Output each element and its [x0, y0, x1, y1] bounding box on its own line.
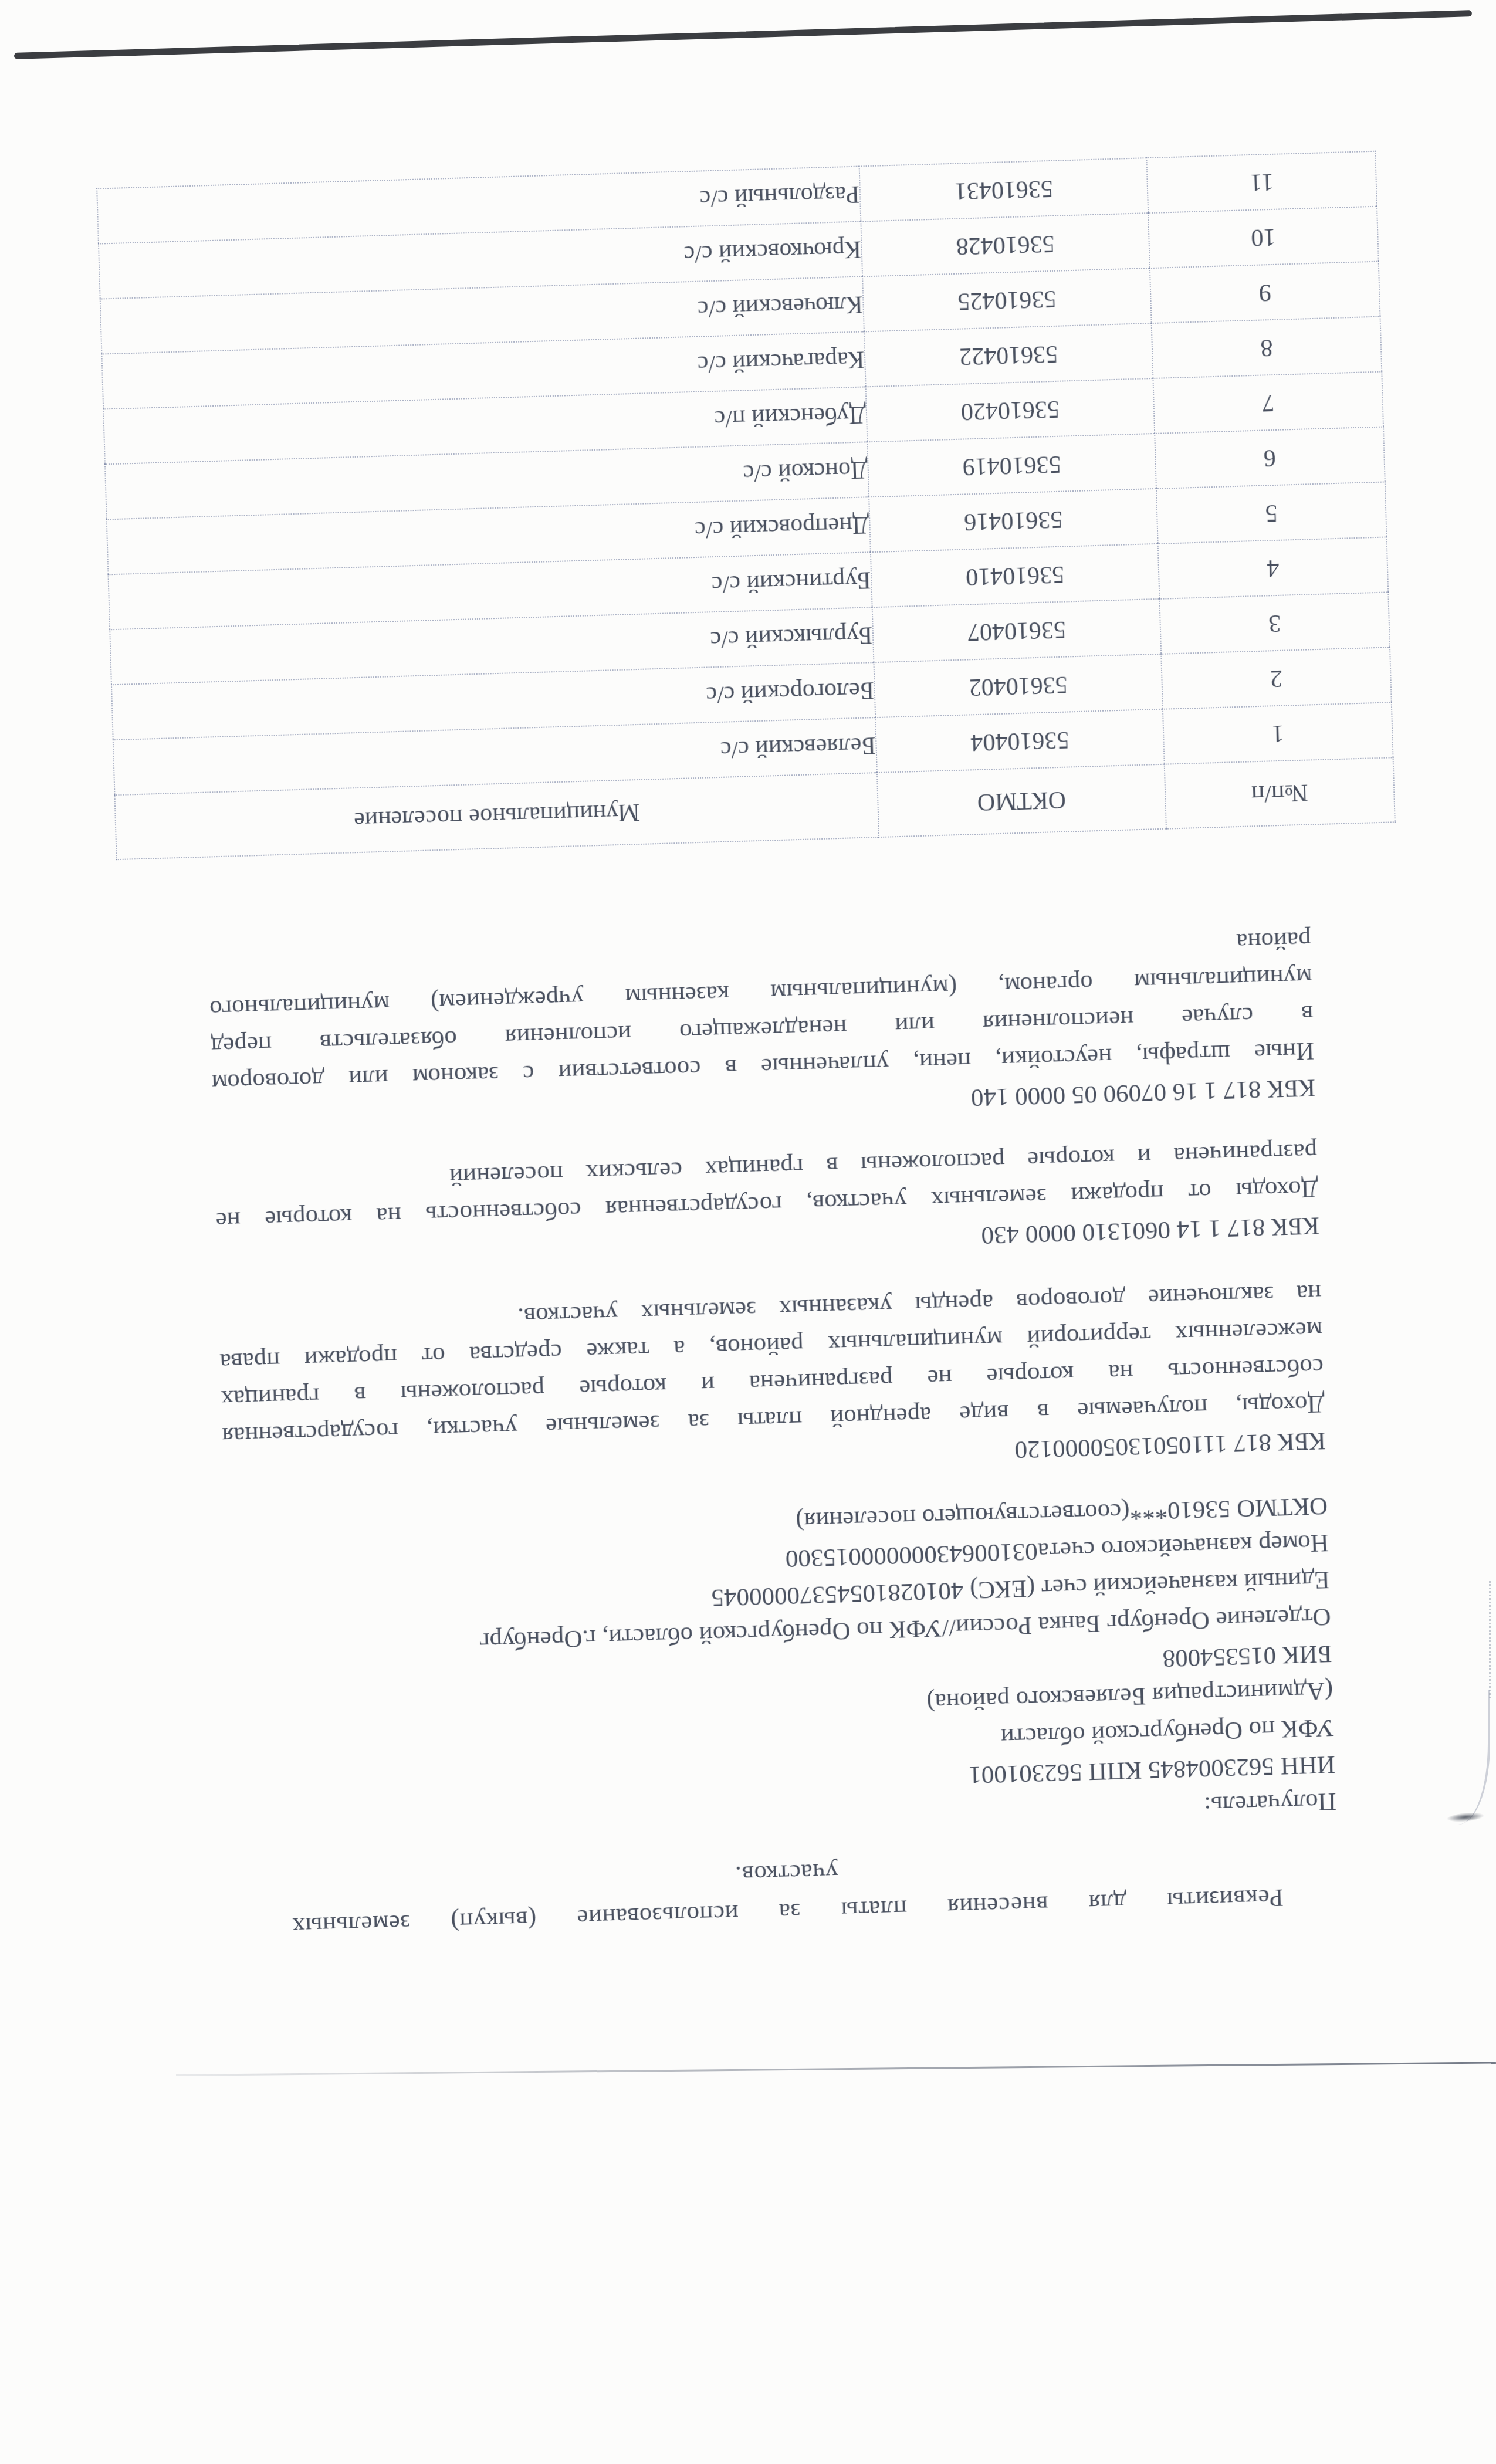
- cell-number: 7: [1153, 372, 1383, 434]
- cell-oktmo: 53610425: [862, 268, 1152, 331]
- paper-crease-artifact: [1487, 1581, 1491, 1698]
- doc-title: Реквизиты для внесения платы за использо…: [290, 1839, 1284, 1945]
- cell-number: 1: [1163, 702, 1393, 764]
- cell-oktmo: 53610422: [864, 323, 1153, 387]
- cell-number: 9: [1150, 262, 1380, 323]
- paper-crease-artifact: [1455, 1690, 1490, 1825]
- document-content: Реквизиты для внесения платы за использо…: [97, 158, 1427, 1955]
- cell-number: 10: [1148, 207, 1379, 268]
- cell-oktmo: 53610428: [861, 213, 1150, 276]
- ink-smudge-artifact: [1446, 1811, 1484, 1823]
- cell-number: 4: [1158, 537, 1389, 598]
- header-cell-number: №п/п: [1165, 757, 1395, 828]
- cell-oktmo: 53610407: [872, 599, 1162, 662]
- kbk-section-sale: КБК 817 1 14 0601310 0000 430 Доходы от …: [214, 1133, 1320, 1276]
- cell-oktmo: 53610404: [875, 709, 1165, 773]
- scanned-page: Реквизиты для внесения платы за использо…: [0, 0, 1496, 2464]
- cell-number: 2: [1161, 647, 1392, 709]
- scanner-edge-artifact: [14, 10, 1472, 59]
- recipient-block: Получатель: ИНН 5623004845 КПП 562301001…: [137, 1487, 1337, 1854]
- page-edge-artifact: [176, 2062, 1496, 2076]
- kbk-section-rent: КБК 817 11105013050000120 Доходы, получа…: [218, 1274, 1326, 1491]
- cell-oktmo: 53610410: [871, 544, 1160, 607]
- cell-oktmo: 53610402: [874, 654, 1163, 717]
- cell-number: 6: [1155, 427, 1385, 489]
- cell-number: 5: [1156, 482, 1387, 543]
- header-cell-oktmo: ОКТМО: [877, 764, 1166, 837]
- cell-oktmo: 53610419: [867, 434, 1156, 497]
- cell-number: 11: [1146, 151, 1377, 213]
- cell-oktmo: 53610420: [866, 378, 1155, 442]
- cell-number: 3: [1159, 592, 1390, 654]
- cell-oktmo: 53610416: [869, 489, 1158, 552]
- octmo-table: №п/п ОКТМО Муниципальное поселение 1 536…: [96, 151, 1396, 860]
- kbk-section-fines: КБК 817 1 16 07090 05 0000 140 Иные штра…: [208, 922, 1315, 1139]
- cell-oktmo: 53610431: [859, 158, 1149, 221]
- document-inner: Реквизиты для внесения платы за использо…: [97, 153, 1427, 1950]
- cell-number: 8: [1152, 317, 1382, 378]
